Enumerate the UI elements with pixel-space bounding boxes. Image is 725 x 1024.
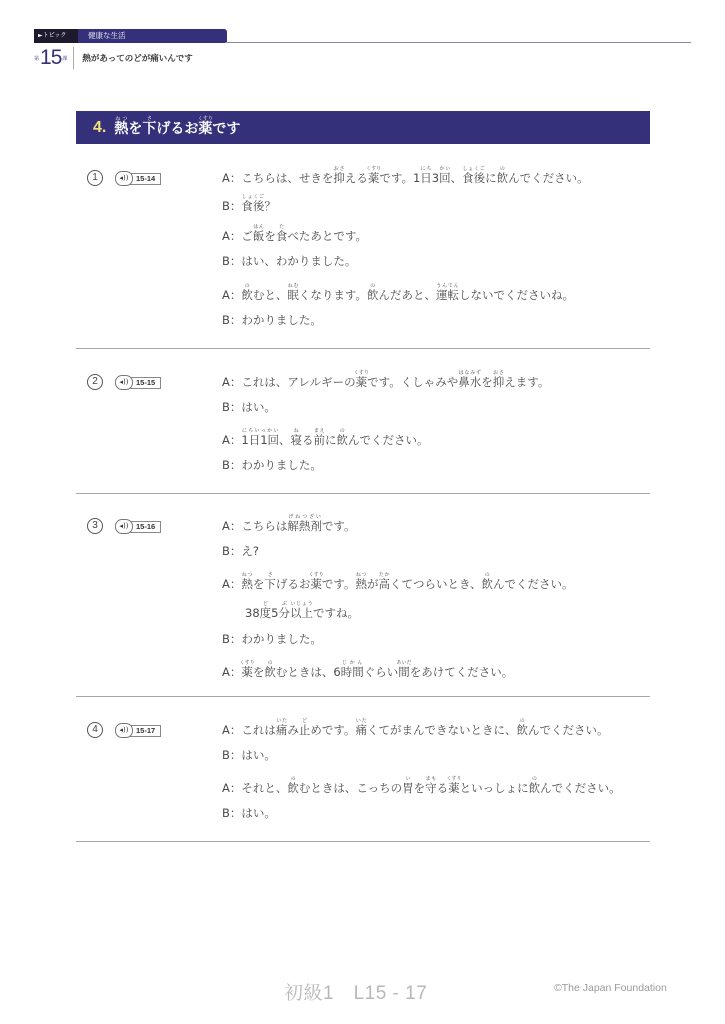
lesson-separator [73,47,74,69]
dialog-line-a: A：こちらは、せきを抑おさえる薬くすりです。1日にち3回かい、食後しょくごに飲の… [222,166,589,186]
dialog-line-a: A：ご飯はんを食たべたあとです。 [222,224,367,244]
copyright: ©The Japan Foundation [554,982,667,994]
topic-name: 健康な生活 [78,29,227,43]
section-title: 熱ねつを下さげるお薬くすりです [114,116,240,138]
dialog-line-a: A：これは、アレルギーの薬くすりです。くしゃみや鼻水はなみずを抑おさえます。 [222,370,549,390]
speaker-icon[interactable]: ◂)) [115,519,133,534]
dialog-line-b: B：わかりました。 [222,631,322,647]
ruby-word: 薬くすり [198,121,212,137]
speaker-icon[interactable]: ◂)) [115,375,133,390]
dialog-number: 3 [87,518,103,534]
page-number: 初級1 L15 - 17 [284,978,427,1005]
lesson-title: 熱があってのどが痛いんです [82,52,192,64]
section-divider [76,841,650,842]
dialog-line-b: B：わかりました。 [222,457,322,473]
dialog-line-a: A：それと、飲のむときは、こっちの胃いを守まもる薬くすりといっしょに飲のんでくだ… [222,776,621,796]
topic-tag: ►トピック [34,29,78,43]
topic-bar: ►トピック 健康な生活 [34,29,227,43]
dialog-line-a: A：こちらは解熱剤げねつざいです。 [222,514,355,534]
dialog-line-a: A：薬くすりを飲のむときは、6時間じかんぐらい間あいだをあけてください。 [222,660,513,680]
audio-track-button[interactable]: ◂))15-15 [115,375,161,390]
section-number: 4. [93,119,106,137]
section-divider [76,493,650,494]
section-divider [76,348,650,349]
section-divider [76,696,650,697]
speaker-icon[interactable]: ◂)) [115,723,133,738]
dialog-line-b: B：え? [222,543,259,559]
audio-track-button[interactable]: ◂))15-14 [115,171,161,186]
header-rule [225,42,691,43]
speaker-icon[interactable]: ◂)) [115,171,133,186]
section-title-band: 4. 熱ねつを下さげるお薬くすりです [76,111,650,144]
dialog-line-b: B：食後しょくご？ [222,194,276,214]
ruby-word: 熱ねつ [114,121,128,137]
dialog-number: 4 [87,722,103,738]
dialog-number: 2 [87,374,103,390]
lesson-prefix: 第 [34,55,39,62]
dialog-line-a: A：飲のむと、眠ねむくなります。飲のんだあと、運転うんてんしないでくださいね。 [222,283,574,303]
ruby-word: 下さ [142,121,156,137]
dialog-line-a: A：1日1回にちいっかい、寝ねる前まえに飲のんでください。 [222,428,429,448]
lesson-heading: 第 15 課 熱があってのどが痛いんです [34,47,193,69]
dialog-line-a: A：これは痛いたみ止どめです。痛いたくてがまんできないときに、飲のんでください。 [222,718,608,738]
dialog-line-b: B：わかりました。 [222,312,322,328]
dialog-line-b: B：はい。 [222,399,276,415]
audio-track-button[interactable]: ◂))15-17 [115,723,161,738]
dialog-line-a: A：熱ねつを下さげるお薬くすりです。熱ねつが高たかくてつらいとき、飲のんでくださ… [222,572,574,592]
dialog-line-a: 38度ど5分ぶ以上いじょうですね。 [245,601,359,621]
dialog-line-b: B：はい、わかりました。 [222,253,356,269]
dialog-number: 1 [87,170,103,186]
audio-track-button[interactable]: ◂))15-16 [115,519,161,534]
dialog-line-b: B：はい。 [222,805,276,821]
lesson-suffix: 課 [62,55,67,62]
dialog-line-b: B：はい。 [222,747,276,763]
lesson-number: 15 [40,47,61,69]
